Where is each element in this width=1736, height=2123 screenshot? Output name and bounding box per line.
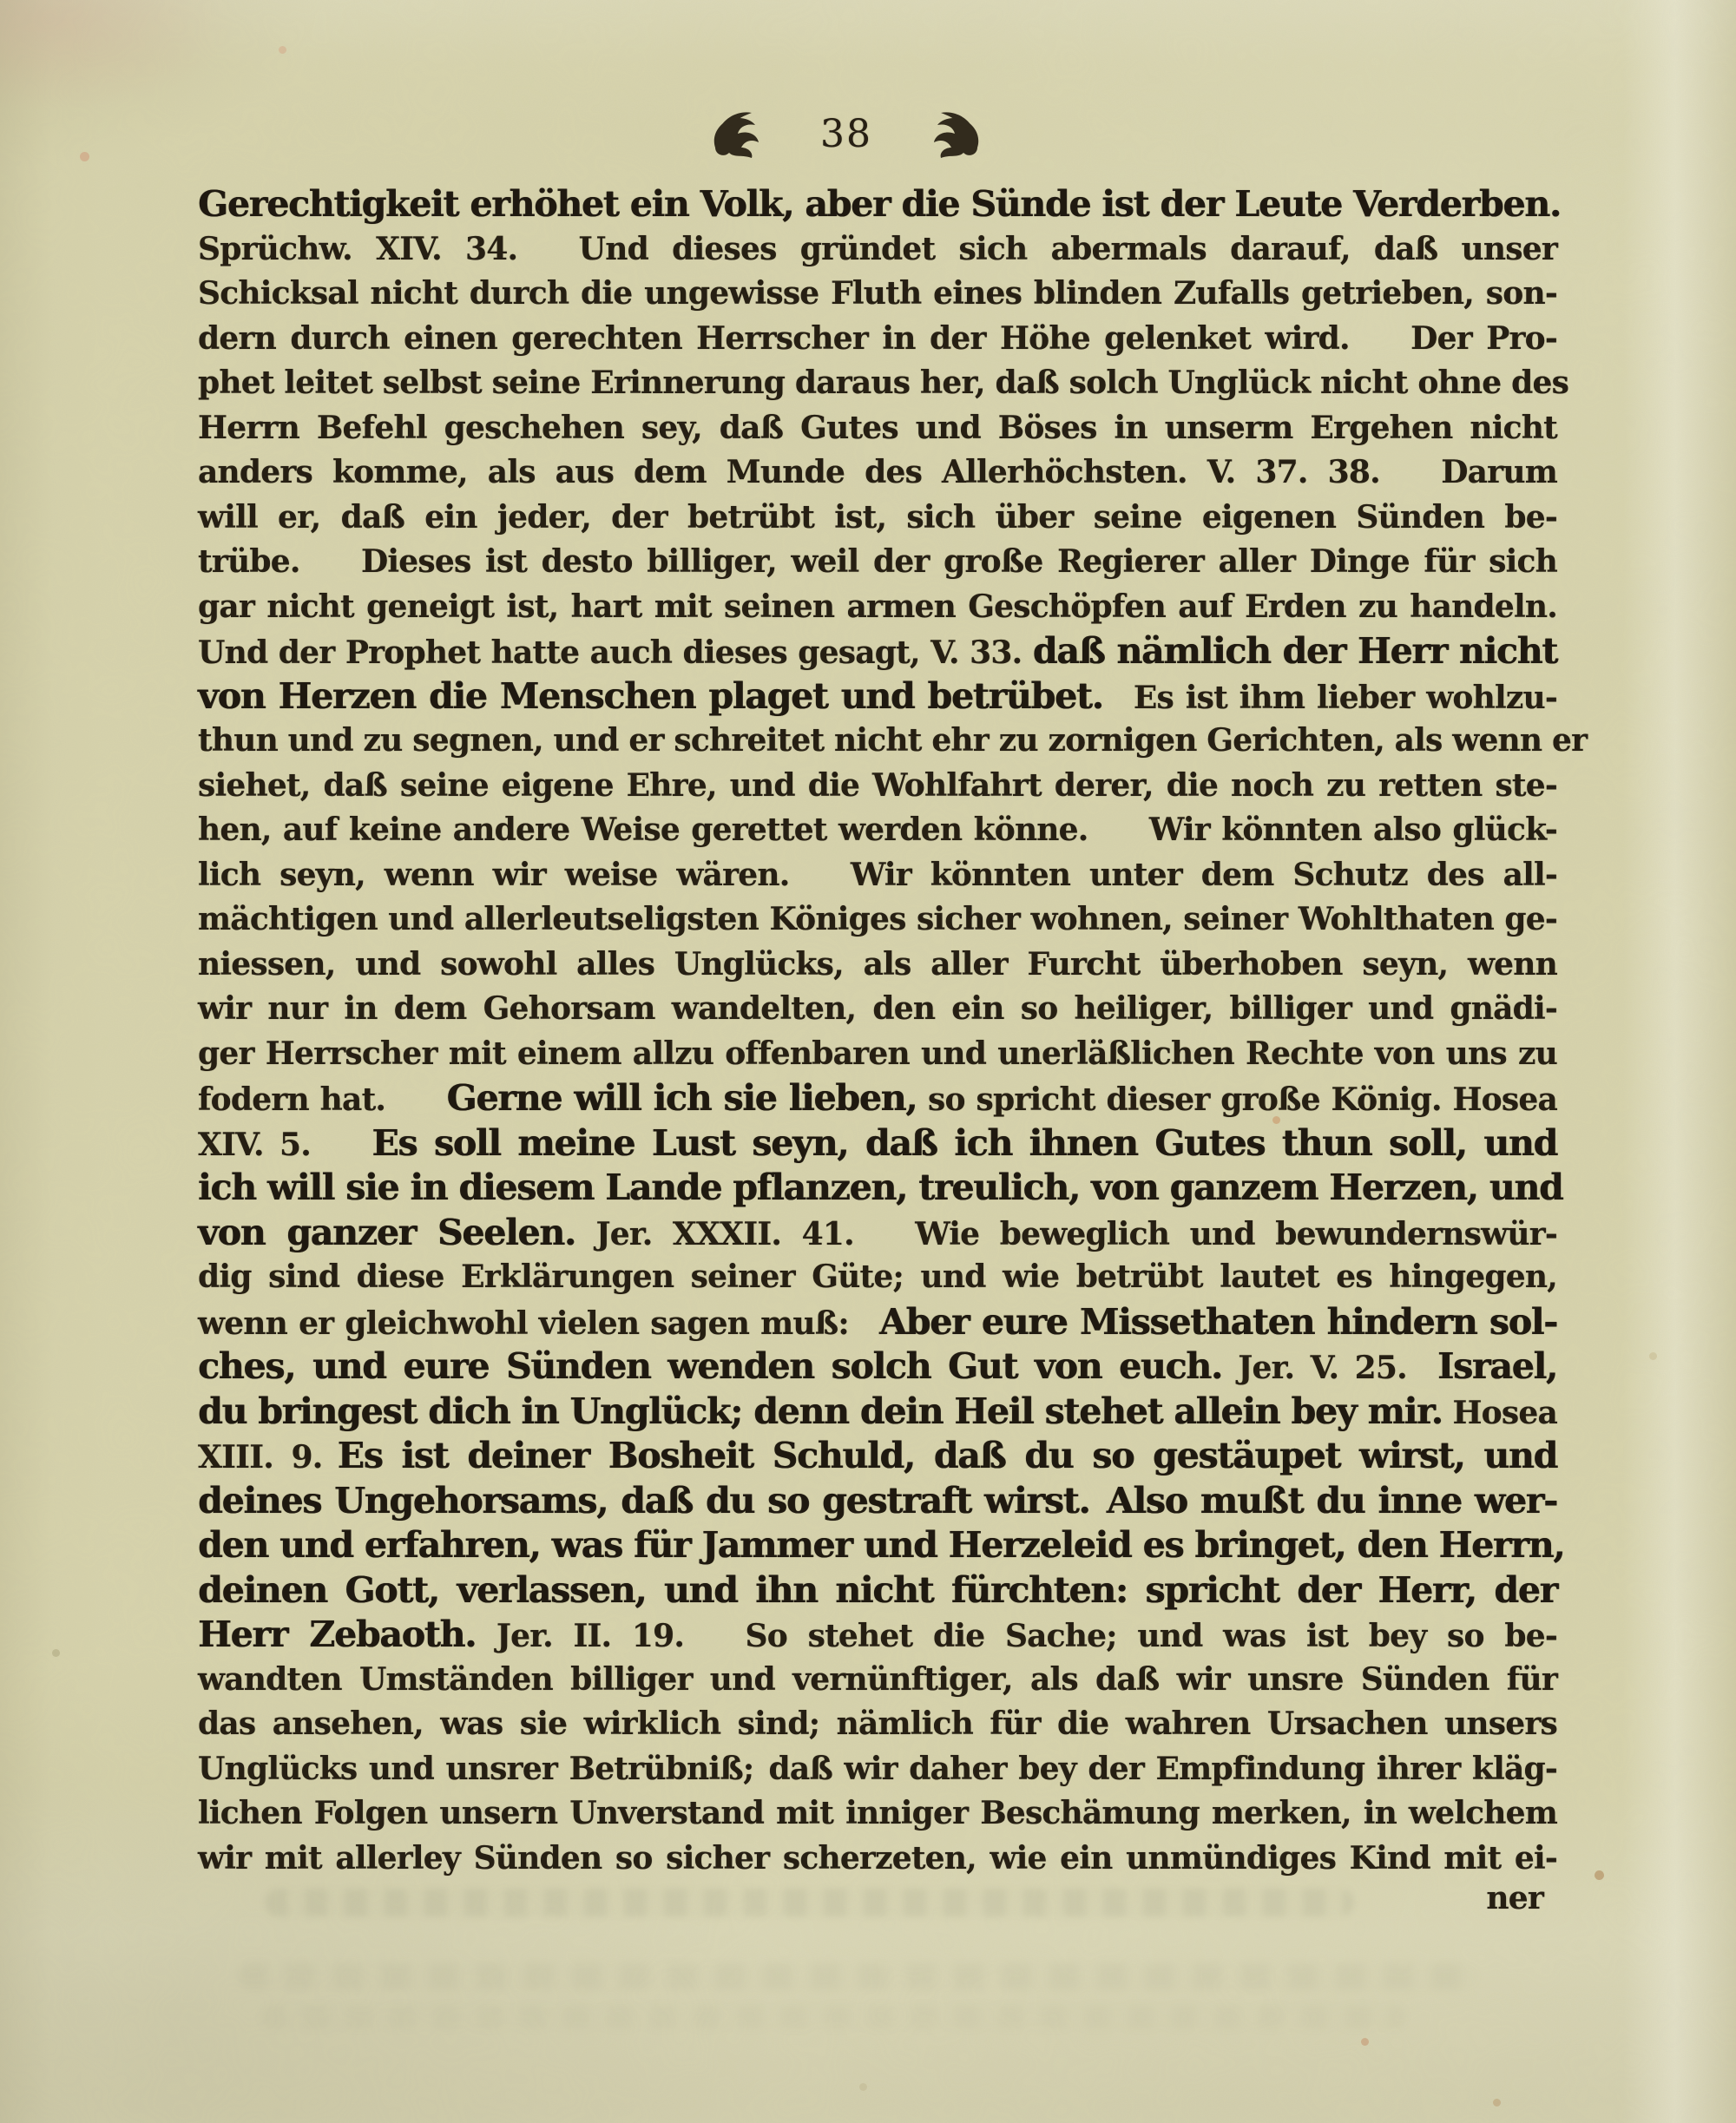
text-line: Schicksal nicht durch die ungewisse Flut… [198, 272, 1557, 317]
scripture-quote-segment: Israel, [1437, 1345, 1557, 1387]
catchword: ner [198, 1876, 1557, 1921]
body-text-segment: anders komme, als aus dem Munde des Alle… [198, 454, 1557, 490]
text-line: dig sind diese Erklärungen seiner Güte; … [198, 1255, 1557, 1300]
scripture-quote-segment: daß nämlich der Herr nicht [1033, 630, 1557, 672]
text-line: Gerechtigkeit erhöhet ein Volk, aber die… [198, 182, 1557, 227]
scripture-quote-segment: ches, und eure Sünden wenden solch Gut v… [198, 1345, 1222, 1387]
text-line: thun und zu segnen, und er schreitet nic… [198, 719, 1557, 764]
text-line: XIII. 9. Es ist deiner Bosheit Schuld, d… [198, 1434, 1557, 1479]
body-text-segment: Jer. V. 25. [1222, 1350, 1437, 1386]
text-line: will er, daß ein jeder, der betrübt ist,… [198, 496, 1557, 541]
text-line: ches, und eure Sünden wenden solch Gut v… [198, 1344, 1557, 1390]
body-text-segment: wandten Umständen billiger und vernünfti… [198, 1661, 1557, 1698]
text-line: anders komme, als aus dem Munde des Alle… [198, 450, 1557, 496]
text-line: trübe. Dieses ist desto billiger, weil d… [198, 540, 1557, 585]
text-line: deines Ungehorsams, daß du so gestraft w… [198, 1479, 1557, 1524]
body-text-segment: Es ist ihm lieber wohlzu- [1103, 680, 1557, 716]
body-text-segment: mächtigen und allerleutseligsten Königes… [198, 901, 1557, 937]
text-line: wandten Umständen billiger und vernünfti… [198, 1658, 1557, 1703]
body-text-segment: Unglücks und unsrer Betrübniß; daß wir d… [198, 1751, 1557, 1787]
text-line: ger Herrscher mit einem allzu offenbaren… [198, 1032, 1557, 1077]
paper-specks [0, 0, 4, 4]
text-line: fodern hat. Gerne will ich sie lieben, s… [198, 1076, 1557, 1121]
scripture-quote-segment: deines Ungehorsams, daß du so gestraft w… [198, 1480, 1557, 1522]
text-line: den und erfahren, was für Jammer und Her… [198, 1523, 1557, 1568]
text-line: lichen Folgen unsern Unverstand mit inni… [198, 1791, 1557, 1837]
text-line: lich seyn, wenn wir weise wären. Wir kön… [198, 853, 1557, 898]
text-line: mächtigen und allerleutseligsten Königes… [198, 897, 1557, 943]
text-line: dern durch einen gerechten Herrscher in … [198, 317, 1557, 362]
body-text-segment: gar nicht geneigt ist, hart mit seinen a… [198, 588, 1557, 625]
text-line: wenn er gleichwohl vielen sagen muß: Abe… [198, 1300, 1557, 1345]
scripture-quote-segment: Aber eure Missethaten hindern sol- [879, 1301, 1557, 1343]
text-line: von Herzen die Menschen plaget und betrü… [198, 674, 1557, 720]
text-line: Herr Zebaoth. Jer. II. 19. So stehet die… [198, 1613, 1557, 1658]
body-text-segment: Herrn Befehl geschehen sey, daß Gutes un… [198, 410, 1557, 446]
text-line: phet leitet selbst seine Erinnerung dara… [198, 361, 1557, 406]
scripture-quote-segment: Gerechtigkeit erhöhet ein Volk, aber die… [198, 183, 1561, 225]
ink-showthrough-band [260, 2005, 1406, 2029]
text-line: Und der Prophet hatte auch dieses gesagt… [198, 629, 1557, 674]
body-text-segment: dern durch einen gerechten Herrscher in … [198, 320, 1557, 357]
text-line: Sprüchw. XIV. 34. Und dieses gründet sic… [198, 227, 1557, 273]
text-line: XIV. 5. Es soll meine Lust seyn, daß ich… [198, 1121, 1557, 1167]
body-text-segment: das ansehen, was sie wirklich sind; näml… [198, 1706, 1557, 1742]
text-line: von ganzer Seelen. Jer. XXXII. 41. Wie b… [198, 1211, 1557, 1256]
body-text-segment: Und der Prophet hatte auch dieses gesagt… [198, 634, 1033, 671]
body-text-segment: lichen Folgen unsern Unverstand mit inni… [198, 1795, 1557, 1831]
scripture-quote-segment: Es ist deiner Bosheit Schuld, daß du so … [338, 1435, 1557, 1476]
body-text-segment: fodern hat. [198, 1081, 447, 1118]
body-text-segment: ger Herrscher mit einem allzu offenbaren… [198, 1035, 1557, 1072]
page-number: 38 [820, 112, 872, 156]
body-text-segment: trübe. Dieses ist desto billiger, weil d… [198, 543, 1557, 580]
text-line: ich will sie in diesem Lande pflanzen, t… [198, 1166, 1557, 1211]
scripture-quote-segment: deinen Gott, verlassen, und ihn nicht fü… [198, 1569, 1557, 1611]
scripture-quote-segment: du bringest dich in Unglück; denn dein H… [198, 1390, 1443, 1432]
text-line: deinen Gott, verlassen, und ihn nicht fü… [198, 1568, 1557, 1614]
body-text-segment: so spricht dieser große König. Hosea [917, 1081, 1557, 1118]
body-text-segment: Jer. II. 19. So stehet die Sache; und wa… [476, 1618, 1557, 1654]
scanned-page: 38 Gerechtigkeit erhöhet ein Volk, aber … [0, 0, 1736, 2123]
text-line: Herrn Befehl geschehen sey, daß Gutes un… [198, 406, 1557, 451]
scripture-quote-segment: von ganzer Seelen. [198, 1212, 575, 1253]
scripture-quote-segment: Herr Zebaoth. [198, 1614, 476, 1655]
body-text-segment: Sprüchw. XIV. 34. Und dieses gründet sic… [198, 231, 1557, 267]
fleuron-right-icon [923, 108, 987, 160]
ink-showthrough-band [239, 1963, 1480, 1989]
body-text-segment: XIV. 5. [198, 1127, 372, 1163]
fleuron-left-icon [706, 108, 770, 160]
text-line: siehet, daß seine eigene Ehre, und die W… [198, 764, 1557, 809]
scripture-quote-segment: Gerne will ich sie lieben, [447, 1077, 917, 1119]
body-text-segment: thun und zu segnen, und er schreitet nic… [198, 722, 1587, 759]
body-text-segment: wenn er gleichwohl vielen sagen muß: [198, 1305, 879, 1342]
body-text-segment: Hosea [1443, 1395, 1557, 1431]
body-text-segment: Jer. XXXII. 41. Wie beweglich und bewund… [575, 1216, 1557, 1252]
body-text-segment: wir mit allerley Sünden so sicher scherz… [198, 1840, 1557, 1877]
body-text-segment: wir nur in dem Gehorsam wandelten, den e… [198, 990, 1557, 1027]
scripture-quote-segment: Es soll meine Lust seyn, daß ich ihnen G… [372, 1122, 1557, 1164]
text-line: wir nur in dem Gehorsam wandelten, den e… [198, 987, 1557, 1032]
text-line: niessen, und sowohl alles Unglücks, als … [198, 943, 1557, 988]
text-line: hen, auf keine andere Weise gerettet wer… [198, 808, 1557, 853]
text-line: das ansehen, was sie wirklich sind; näml… [198, 1702, 1557, 1747]
scripture-quote-segment: von Herzen die Menschen plaget und betrü… [198, 675, 1103, 717]
text-line: Unglücks und unsrer Betrübniß; daß wir d… [198, 1747, 1557, 1792]
text-line: wir mit allerley Sünden so sicher scherz… [198, 1837, 1557, 1882]
body-text-segment: niessen, und sowohl alles Unglücks, als … [198, 946, 1557, 983]
body-text-segment: dig sind diese Erklärungen seiner Güte; … [198, 1259, 1557, 1295]
body-text-segment: phet leitet selbst seine Erinnerung dara… [198, 365, 1568, 401]
body-text-segment: hen, auf keine andere Weise gerettet wer… [198, 812, 1557, 848]
scripture-quote-segment: ich will sie in diesem Lande pflanzen, t… [198, 1167, 1562, 1208]
text-line: gar nicht geneigt ist, hart mit seinen a… [198, 585, 1557, 630]
body-text-segment: will er, daß ein jeder, der betrübt ist,… [198, 499, 1557, 536]
body-text-segment: lich seyn, wenn wir weise wären. Wir kön… [198, 857, 1557, 893]
text-block: Gerechtigkeit erhöhet ein Volk, aber die… [198, 182, 1557, 1881]
body-text-segment: Schicksal nicht durch die ungewisse Flut… [198, 275, 1557, 312]
page-header: 38 [167, 94, 1526, 174]
scripture-quote-segment: den und erfahren, was für Jammer und Her… [198, 1524, 1564, 1566]
body-text-segment: XIII. 9. [198, 1439, 338, 1476]
text-line: du bringest dich in Unglück; denn dein H… [198, 1390, 1557, 1435]
body-text-segment: siehet, daß seine eigene Ehre, und die W… [198, 767, 1557, 804]
